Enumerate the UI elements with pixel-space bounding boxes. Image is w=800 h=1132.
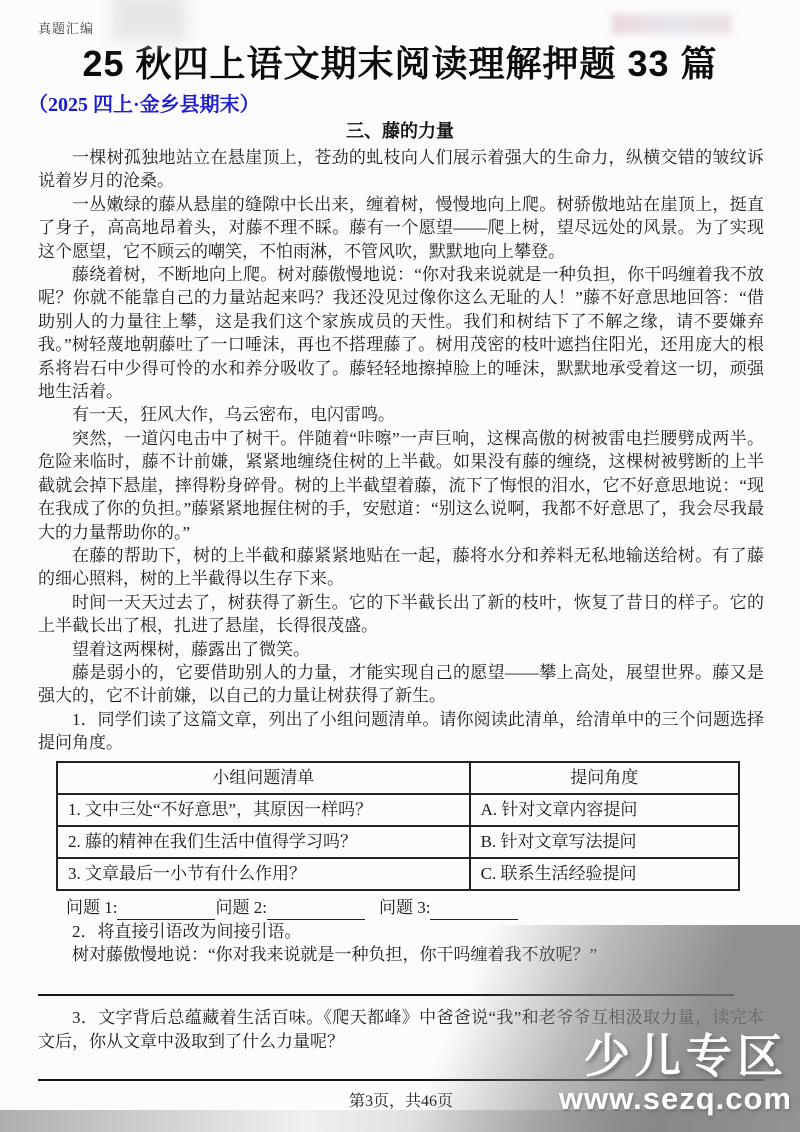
exam-source-subtitle: （2025 四上·金乡县期末） (28, 94, 800, 116)
answer-blanks-row: 问题 1: 问题 2: 问题 3: (66, 895, 764, 920)
passage-paragraph: 有一天，狂风大作，乌云密布，电闪雷鸣。 (38, 403, 764, 426)
answer-blank-3[interactable] (430, 901, 518, 920)
table-row: 3. 文章最后一小节有什么作用？ C. 联系生活经验提问 (57, 858, 739, 890)
table-cell-angle: A. 针对文章内容提问 (470, 794, 739, 826)
scan-artifact-blob (112, 0, 187, 42)
scan-artifact-smudge (612, 14, 732, 34)
passage-paragraph: 一丛嫩绿的藤从悬崖的缝隙中长出来，缠着树，慢慢地向上爬。树骄傲地站在崖顶上，挺直… (38, 193, 764, 263)
watermark-brand: 少儿专区 (584, 1030, 788, 1082)
blank-label-3: 问题 3: (379, 895, 430, 920)
passage-paragraph: 突然，一道闪电击中了树干。伴随着“咔嚓”一声巨响，这棵高傲的树被雷电拦腰劈成两半… (38, 427, 764, 544)
passage-paragraph: 时间一天天过去了，树获得了新生。它的下半截长出了新的枝叶，恢复了昔日的样子。它的… (38, 591, 764, 638)
table-cell-angle: C. 联系生活经验提问 (470, 858, 739, 890)
table-header-angle: 提问角度 (470, 762, 739, 794)
table-cell-question: 2. 藤的精神在我们生活中值得学习吗？ (57, 826, 470, 858)
table-cell-question: 3. 文章最后一小节有什么作用？ (57, 858, 470, 890)
table-row: 2. 藤的精神在我们生活中值得学习吗？ B. 针对文章写法提问 (57, 826, 739, 858)
corner-label: 真题汇编 (38, 18, 94, 37)
answer-blank-2[interactable] (267, 901, 365, 920)
passage-paragraph: 在藤的帮助下，树的上半截和藤紧紧地贴在一起，藤将水分和养料无私地输送给树。有了藤… (38, 544, 764, 591)
exam-page: 真题汇编 25 秋四上语文期末阅读理解押题 33 篇 （2025 四上·金乡县期… (0, 0, 800, 1132)
passage-paragraph: 一棵树孤独地站立在悬崖顶上，苍劲的虬枝向人们展示着强大的生命力，纵横交错的皱纹诉… (38, 146, 764, 193)
table-cell-angle: B. 针对文章写法提问 (470, 826, 739, 858)
table-row: 1. 文中三处“不好意思”，其原因一样吗？ A. 针对文章内容提问 (57, 794, 739, 826)
question-angle-table: 小组问题清单 提问角度 1. 文中三处“不好意思”，其原因一样吗？ A. 针对文… (56, 761, 740, 891)
section-divider (38, 994, 734, 996)
question-1-text: 1．同学们读了这篇文章，列出了小组问题清单。请你阅读此清单，给清单中的三个问题选… (38, 708, 764, 755)
answer-blank-1[interactable] (117, 901, 215, 920)
passage-title: 三、藤的力量 (0, 121, 800, 141)
table-header-row: 小组问题清单 提问角度 (57, 762, 739, 794)
question-2-quote: 树对藤傲慢地说：“你对我来说就是一种负担，你干吗缠着我不放呢？” (38, 943, 764, 966)
blank-label-1: 问题 1: (66, 895, 117, 920)
passage-paragraph: 藤绕着树，不断地向上爬。树对藤傲慢地说：“你对我来说就是一种负担，你干吗缠着我不… (38, 263, 764, 403)
blank-label-2: 问题 2: (215, 895, 266, 920)
passage-paragraph: 望着这两棵树，藤露出了微笑。 (38, 638, 764, 661)
question-2-text: 2．将直接引语改为间接引语。 (38, 920, 764, 943)
passage-paragraph: 藤是弱小的，它要借助别人的力量，才能实现自己的愿望——攀上高处，展望世界。藤又是… (38, 661, 764, 708)
table-header-question-list: 小组问题清单 (57, 762, 470, 794)
watermark-url: www.sezq.com (559, 1082, 792, 1116)
passage-body: 一棵树孤独地站立在悬崖顶上，苍劲的虬枝向人们展示着强大的生命力，纵横交错的皱纹诉… (38, 146, 764, 1114)
table-cell-question: 1. 文中三处“不好意思”，其原因一样吗？ (57, 794, 470, 826)
